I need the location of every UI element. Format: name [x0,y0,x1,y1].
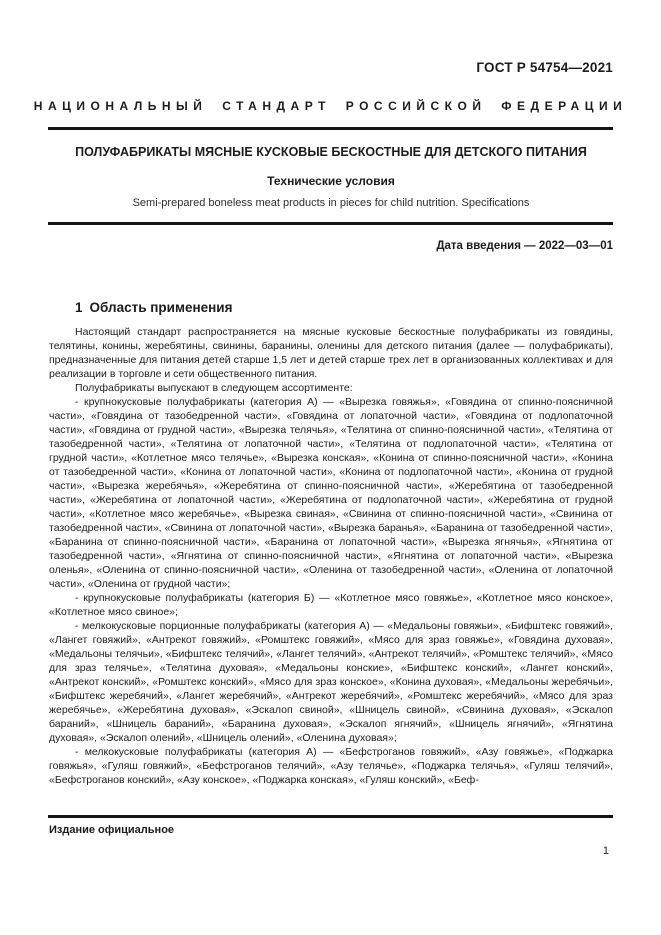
section-number: 1 [75,300,83,315]
body-paragraph: - крупнокусковые полуфабрикаты (категори… [49,591,613,619]
section-heading: 1Область применения [75,300,232,315]
header-rule-top [48,127,613,130]
footer-rule [48,815,613,818]
body-paragraph: - мелкокусковые порционные полуфабрикаты… [49,619,613,745]
body-paragraph: Настоящий стандарт распространяется на м… [49,325,613,381]
title-rule-bottom [48,222,613,225]
doc-code: ГОСТ Р 54754—2021 [476,60,613,75]
page-number: 1 [603,845,609,857]
doc-subtitle: Технические условия [49,174,613,188]
section-body-text: Настоящий стандарт распространяется на м… [49,325,613,812]
doc-title: ПОЛУФАБРИКАТЫ МЯСНЫЕ КУСКОВЫЕ БЕСКОСТНЫЕ… [49,145,613,159]
section-title: Область применения [90,300,233,315]
body-paragraph: - крупнокусковые полуфабрикаты (категори… [49,395,613,591]
effective-date: Дата введения — 2022—03—01 [436,240,613,252]
doc-subtitle-english: Semi-prepared boneless meat products in … [49,197,613,209]
edition-note: Издание официальное [49,824,174,836]
body-paragraph: Полуфабрикаты выпускают в следующем ассо… [49,381,613,395]
standard-type-heading: НАЦИОНАЛЬНЫЙ СТАНДАРТ РОССИЙСКОЙ ФЕДЕРАЦ… [0,99,661,113]
document-page: ГОСТ Р 54754—2021 НАЦИОНАЛЬНЫЙ СТАНДАРТ … [0,0,661,935]
body-paragraph: - мелкокусковые полуфабрикаты (категория… [49,745,613,787]
